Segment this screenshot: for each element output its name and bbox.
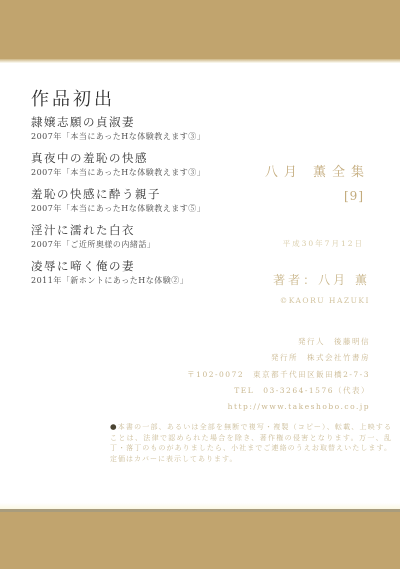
publisher-address-line: 〒102-0072 東京都千代田区飯田橋2-7-3 [187, 367, 370, 383]
publisher-company-line: 発行所 株式会社竹書房 [187, 350, 370, 366]
list-item: 淫汁に濡れた白衣 2007年「ご近所奥様の内緒話」 [31, 223, 261, 250]
work-source: 2007年「本当にあったHな体験教えます③」 [31, 131, 261, 142]
top-band-fade-edge [0, 59, 400, 63]
list-item: 真夜中の羞恥の快感 2007年「本当にあったHな体験教えます③」 [31, 151, 261, 178]
notice-bullet: ● [110, 422, 118, 431]
book-colophon-page: { "page": { "heading": "作品初出", "works": … [0, 0, 400, 569]
work-title: 真夜中の羞恥の快感 [31, 151, 261, 166]
bottom-decorative-band [0, 512, 400, 569]
work-title: 羞恥の快感に酔う親子 [31, 187, 261, 202]
work-source: 2011年「新ホントにあったHな体験②」 [31, 275, 261, 286]
list-item: 隷嬢志願の貞淑妻 2007年「本当にあったHな体験教えます③」 [31, 115, 261, 142]
volume-number: [9] [344, 189, 364, 203]
publisher-phone-line: TEL 03-3264-1576（代表） [187, 383, 370, 399]
work-title: 隷嬢志願の貞淑妻 [31, 115, 261, 130]
work-source: 2007年「ご近所奥様の内緒話」 [31, 239, 261, 250]
work-source: 2007年「本当にあったHな体験教えます⑤」 [31, 203, 261, 214]
top-decorative-band [0, 0, 400, 59]
author-line: 著者：八月 薫 [273, 271, 370, 288]
work-title: 淫汁に濡れた白衣 [31, 223, 261, 238]
page-title: 作品初出 [31, 85, 115, 111]
list-item: 凌辱に啼く俺の妻 2011年「新ホントにあったHな体験②」 [31, 259, 261, 286]
work-title: 凌辱に啼く俺の妻 [31, 259, 261, 274]
list-item: 羞恥の快感に酔う親子 2007年「本当にあったHな体験教えます⑤」 [31, 187, 261, 214]
work-source: 2007年「本当にあったHな体験教えます③」 [31, 167, 261, 178]
legal-notice: ●本書の一部、あるいは全部を無断で複写・複製（コピー）、転載、上映することは、法… [110, 422, 392, 464]
publisher-block: 発行人 後藤明信 発行所 株式会社竹書房 〒102-0072 東京都千代田区飯田… [187, 334, 370, 415]
notice-text: 本書の一部、あるいは全部を無断で複写・複製（コピー）、転載、上映することは、法律… [110, 423, 392, 463]
works-list: 隷嬢志願の貞淑妻 2007年「本当にあったHな体験教えます③」 真夜中の羞恥の快… [31, 115, 261, 295]
publication-date: 平成30年7月12日 [283, 238, 364, 249]
copyright-line: ©KAORU HAZUKI [280, 296, 370, 305]
publisher-url-line: http://www.takeshobo.co.jp [187, 399, 370, 415]
publisher-person-line: 発行人 後藤明信 [187, 334, 370, 350]
series-title: 八月 薫全集 [265, 161, 370, 180]
